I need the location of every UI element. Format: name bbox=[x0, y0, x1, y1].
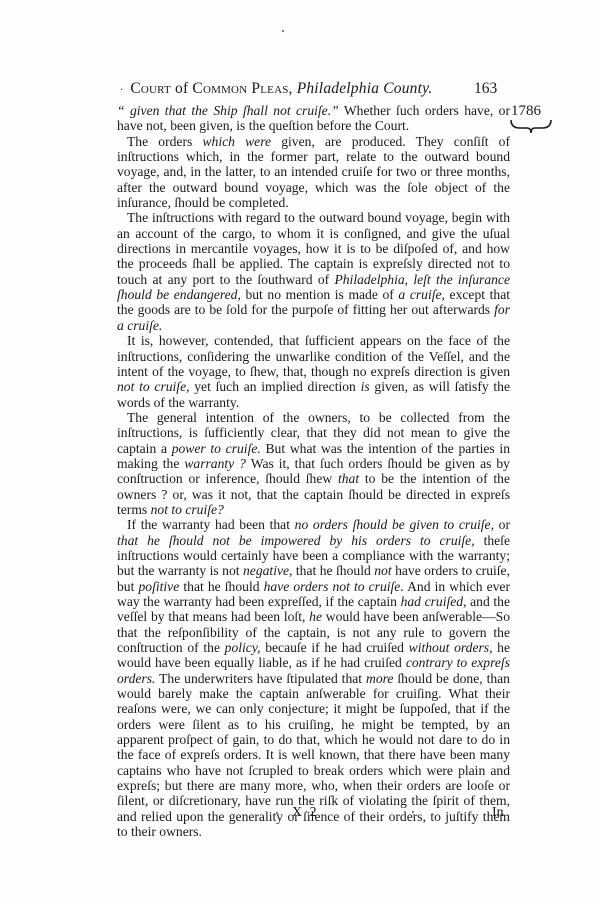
text-segment: but no mention is made of bbox=[241, 287, 399, 302]
italic-text: no orders ſhould be given to cruiſe, bbox=[295, 517, 494, 532]
signature-mark: X 2 bbox=[292, 805, 319, 821]
margin-year: 1786 bbox=[511, 103, 541, 120]
text-segment: yet ſuch an implied direction bbox=[190, 379, 361, 394]
italic-text: a cruiſe, bbox=[398, 287, 445, 302]
italic-text: warranty ? bbox=[184, 456, 246, 471]
text-segment: or bbox=[494, 517, 510, 532]
text-segment: The underwriters have ſtipulated that bbox=[155, 671, 366, 686]
italic-text: power to cruiſe. bbox=[172, 441, 261, 456]
paragraph: The inſtructions with regard to the outw… bbox=[117, 210, 510, 333]
book-page: · Court of Common Pleas, Philadelphia Co… bbox=[0, 0, 600, 903]
paragraph: The general intention of the owners, to … bbox=[117, 410, 510, 517]
ink-speck bbox=[276, 812, 278, 814]
italic-text: he bbox=[309, 609, 322, 624]
paragraph: “ given that the Ship ſhall not cruiſe.”… bbox=[117, 103, 510, 134]
page-number: 163 bbox=[474, 80, 497, 98]
italic-text: that bbox=[338, 471, 359, 486]
italic-text: which were bbox=[202, 134, 271, 149]
ink-speck bbox=[412, 811, 414, 813]
text-segment: It is, however, contended, that ſufficie… bbox=[117, 333, 510, 379]
body-text: “ given that the Ship ſhall not cruiſe.”… bbox=[117, 103, 510, 840]
italic-text: poſitive bbox=[138, 579, 179, 594]
running-head-of: of bbox=[175, 80, 188, 97]
text-segment: that he ſhould bbox=[292, 563, 374, 578]
italic-text: negative, bbox=[243, 563, 292, 578]
running-head: · Court of Common Pleas, Philadelphia Co… bbox=[120, 80, 490, 98]
italic-text: more bbox=[366, 671, 393, 686]
text-segment: becauſe if he had cruiſed bbox=[261, 640, 409, 655]
ink-speck bbox=[282, 30, 284, 32]
paragraph: The orders which were given, are produce… bbox=[117, 134, 510, 211]
text-segment: The orders bbox=[127, 134, 202, 149]
italic-text: policy, bbox=[225, 640, 261, 655]
paragraph: It is, however, contended, that ſufficie… bbox=[117, 333, 510, 410]
italic-text: not to cruiſe, bbox=[117, 379, 190, 394]
running-head-county: Philadelphia County. bbox=[297, 80, 433, 97]
text-segment: If the warranty had been that bbox=[127, 517, 295, 532]
paragraph: If the warranty had been that no orders … bbox=[117, 517, 510, 839]
curly-brace-icon bbox=[510, 119, 552, 135]
running-head-common-pleas: Common Pleas, bbox=[192, 80, 292, 97]
italic-text: have orders not to cruiſe. bbox=[264, 579, 404, 594]
text-segment: that he ſhould bbox=[179, 579, 263, 594]
italic-text: “ given that the Ship ſhall not cruiſe.” bbox=[117, 103, 339, 118]
italic-text: had cruiſed, bbox=[401, 594, 467, 609]
italic-text: that he ſhould not be impowered by his o… bbox=[117, 533, 475, 548]
italic-text: is bbox=[361, 379, 370, 394]
italic-text: without orders, bbox=[409, 640, 493, 655]
catchword: In bbox=[492, 805, 504, 821]
running-head-court: Court bbox=[130, 80, 171, 97]
italic-text: not bbox=[374, 563, 391, 578]
italic-text: not to cruiſe? bbox=[151, 502, 224, 517]
